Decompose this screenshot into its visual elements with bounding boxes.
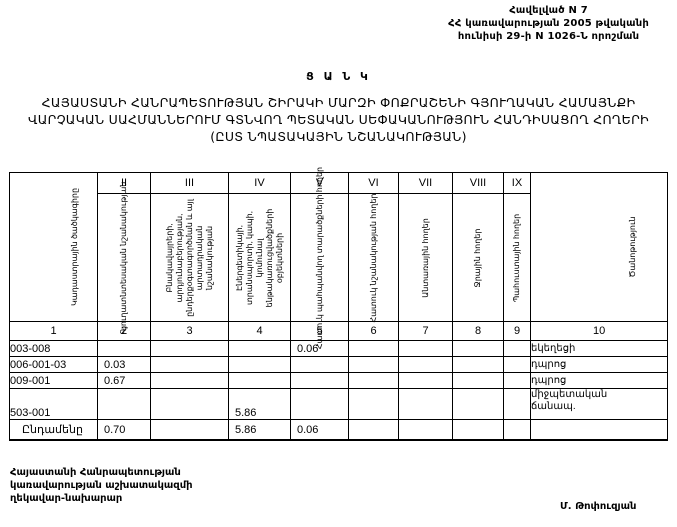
- roman-vi: VI: [349, 173, 399, 194]
- table-row: 006-001-03 0.03 դպրոց: [10, 357, 668, 373]
- header-energy: Էներգետիկայի, տրանսպորտի, կապի, կոմունալ…: [229, 194, 291, 322]
- land-table: Կադաստրային ծածկագիրը II III IV V VI VII…: [9, 172, 668, 441]
- column-number: 6: [349, 322, 399, 341]
- cell: [504, 373, 531, 389]
- total-cell: [504, 420, 531, 441]
- cell: 5.86: [229, 389, 291, 420]
- total-label: Ընդամենը: [10, 420, 98, 441]
- column-number: 8: [453, 322, 504, 341]
- cell: [399, 389, 453, 420]
- roman-header-row: Կադաստրային ծածկագիրը II III IV V VI VII…: [10, 173, 668, 194]
- signature-name: Մ. Թոփուզյան: [560, 501, 636, 512]
- header-special: Հատուկ նշանակության հողեր: [349, 194, 399, 322]
- roman-iv: IV: [229, 173, 291, 194]
- total-cell: 0.06: [291, 420, 349, 441]
- document-title: ՀԱՅԱՍՏԱՆԻ ՀԱՆՐԱՊԵՏՈՒԹՅԱՆ ՇԻՐԱԿԻ ՄԱՐԶԻ ՓՈ…: [0, 94, 677, 145]
- cadastral-code: 003-008: [10, 341, 98, 357]
- cadastral-code: 006-001-03: [10, 357, 98, 373]
- signatory-line-3: ղեկավար-նախարար: [10, 492, 193, 505]
- column-number: 1: [10, 322, 98, 341]
- cell: [504, 357, 531, 373]
- note-cell: միջպետական ճանապ.: [531, 389, 668, 420]
- appendix-date: հունիսի 29-ի N 1026-Ն որոշման: [448, 30, 649, 43]
- table-row: 003-008 0.06 եկեղեցի: [10, 341, 668, 357]
- column-number: 7: [399, 322, 453, 341]
- column-number: 10: [531, 322, 668, 341]
- signatory-title: Հայաստանի Հանրապետության կառավարության ա…: [10, 466, 193, 505]
- cell: [98, 389, 151, 420]
- cell: [453, 389, 504, 420]
- cell: [229, 373, 291, 389]
- header-note: Ծանոթություն: [531, 173, 668, 322]
- cell: [229, 341, 291, 357]
- cell: [291, 373, 349, 389]
- note-cell: եկեղեցի: [531, 341, 668, 357]
- header-protected: Հատուկ պահպանվող տարածքների հողեր: [291, 194, 349, 322]
- header-forest: Անտառային հողեր: [399, 194, 453, 322]
- cadastral-code: 503-001: [10, 389, 98, 420]
- cell: [349, 389, 399, 420]
- cell: [399, 341, 453, 357]
- column-number: 9: [504, 322, 531, 341]
- title-line-2: ՎԱՐՉԱԿԱՆ ՍԱՀՄԱՆՆԵՐՈՒՄ ԳՏՆՎՈՂ ՊԵՏԱԿԱՆ ՍԵՓ…: [0, 111, 677, 128]
- cell: 0.03: [98, 357, 151, 373]
- column-number: 4: [229, 322, 291, 341]
- note-cell: դպրոց: [531, 373, 668, 389]
- appendix-number: Հավելված N 7: [448, 4, 649, 17]
- total-cell: [349, 420, 399, 441]
- cell: [151, 389, 229, 420]
- cell: [453, 341, 504, 357]
- header-settlements: Բնակավայրերի, արդյունաբերության, ընդերքօ…: [151, 194, 229, 322]
- signatory-line-1: Հայաստանի Հանրապետության: [10, 466, 193, 479]
- appendix-decision: ՀՀ կառավարության 2005 թվականի: [448, 17, 649, 30]
- signatory-line-2: կառավարության աշխատակազմի: [10, 479, 193, 492]
- cell: [399, 373, 453, 389]
- cell: [349, 341, 399, 357]
- total-cell: [453, 420, 504, 441]
- total-cell: 5.86: [229, 420, 291, 441]
- total-note: [531, 420, 668, 441]
- total-cell: 0.70: [98, 420, 151, 441]
- cell: [291, 389, 349, 420]
- total-row: Ընդամենը 0.70 5.86 0.06: [10, 420, 668, 441]
- table-row: 009-001 0.67 դպրոց: [10, 373, 668, 389]
- roman-vii: VII: [399, 173, 453, 194]
- cell: [349, 373, 399, 389]
- roman-iii: III: [151, 173, 229, 194]
- cell: [291, 357, 349, 373]
- cell: 0.67: [98, 373, 151, 389]
- header-water: Ջրային հողեր: [453, 194, 504, 322]
- header-cadastral-code: Կադաստրային ծածկագիրը: [10, 173, 98, 322]
- cell: [151, 341, 229, 357]
- total-cell: [151, 420, 229, 441]
- cell: [229, 357, 291, 373]
- header-agricultural: Գյուղատնտեսական նշանակության: [98, 194, 151, 322]
- appendix-reference: Հավելված N 7 ՀՀ կառավարության 2005 թվակա…: [448, 4, 649, 43]
- note-cell: դպրոց: [531, 357, 668, 373]
- cell: [349, 357, 399, 373]
- cell: [151, 357, 229, 373]
- cell: [453, 357, 504, 373]
- title-line-3: (ԸՍՏ ՆՊԱՏԱԿԱՅԻՆ ՆՇԱՆԱԿՈՒԹՅԱՆ): [0, 128, 677, 145]
- column-number: 3: [151, 322, 229, 341]
- cell: [504, 389, 531, 420]
- cell: [98, 341, 151, 357]
- cadastral-code: 009-001: [10, 373, 98, 389]
- roman-viii: VIII: [453, 173, 504, 194]
- table-row: 503-001 5.86 միջպետական ճանապ.: [10, 389, 668, 420]
- header-reserve: Պահուստային հողեր: [504, 194, 531, 322]
- cell: [151, 373, 229, 389]
- column-number-row: 1 2 3 4 5 6 7 8 9 10: [10, 322, 668, 341]
- cell: [453, 373, 504, 389]
- roman-ix: IX: [504, 173, 531, 194]
- document-heading: Ց Ա Ն Կ: [0, 70, 677, 83]
- cell: [399, 357, 453, 373]
- total-cell: [399, 420, 453, 441]
- cell: [504, 341, 531, 357]
- title-line-1: ՀԱՅԱՍՏԱՆԻ ՀԱՆՐԱՊԵՏՈՒԹՅԱՆ ՇԻՐԱԿԻ ՄԱՐԶԻ ՓՈ…: [0, 94, 677, 111]
